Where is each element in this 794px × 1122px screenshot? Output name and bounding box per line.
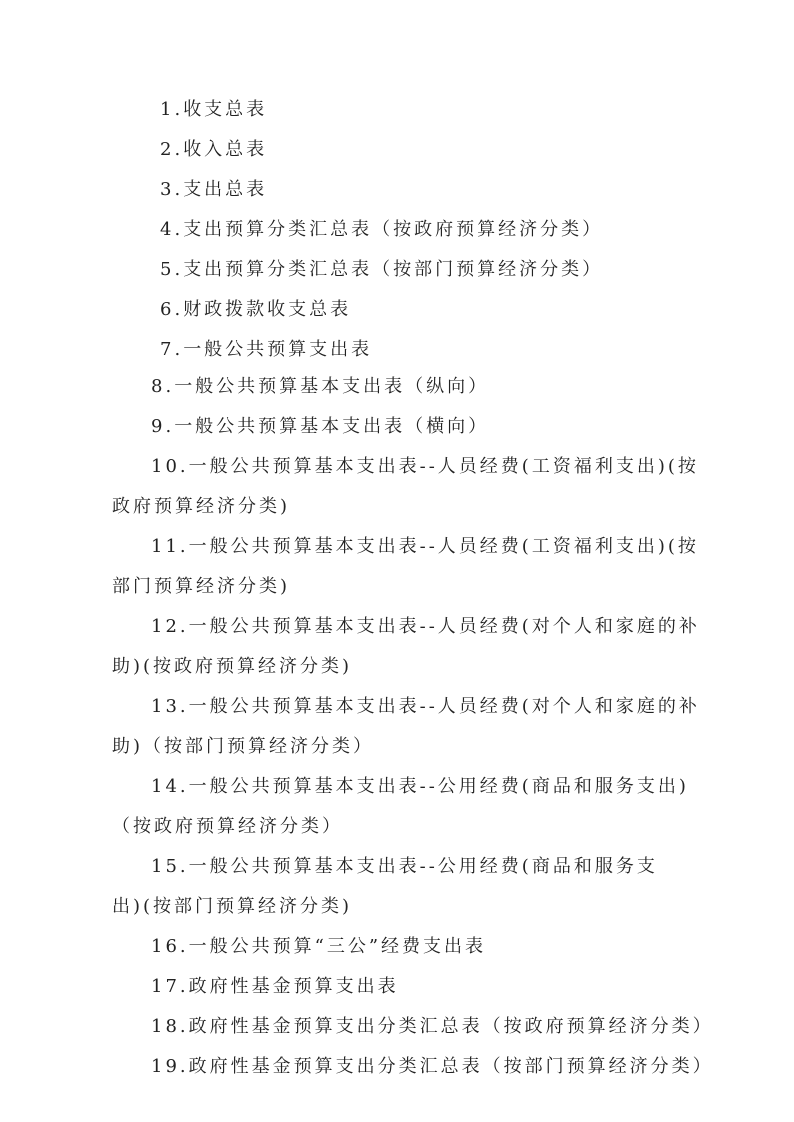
item-text: 一般公共预算基本支出表--人员经费(工资福利支出)(按 bbox=[189, 456, 699, 477]
item-text: 一般公共预算基本支出表--人员经费(对个人和家庭的补 bbox=[189, 696, 700, 717]
item-number: 5. bbox=[160, 259, 183, 280]
item-number: 15. bbox=[151, 856, 189, 877]
item-number: 10. bbox=[151, 456, 189, 477]
list-item: 19.政府性基金预算支出分类汇总表（按部门预算经济分类） bbox=[151, 1055, 714, 1079]
item-number: 8. bbox=[151, 376, 174, 397]
item-number: 19. bbox=[151, 1056, 189, 1077]
item-text: 收支总表 bbox=[183, 99, 267, 120]
list-item-continuation: 助)（按部门预算经济分类） bbox=[112, 735, 374, 759]
item-number: 1. bbox=[160, 99, 183, 120]
list-item-continuation: 部门预算经济分类) bbox=[112, 575, 290, 599]
item-number: 11. bbox=[151, 536, 189, 557]
item-number: 18. bbox=[151, 1016, 189, 1037]
item-number: 17. bbox=[151, 976, 189, 997]
item-text: 支出总表 bbox=[183, 179, 267, 200]
list-item: 12.一般公共预算基本支出表--人员经费(对个人和家庭的补 bbox=[151, 615, 700, 639]
item-text: 支出预算分类汇总表（按部门预算经济分类） bbox=[183, 259, 603, 280]
item-text: 支出预算分类汇总表（按政府预算经济分类） bbox=[183, 219, 603, 240]
item-text: 一般公共预算支出表 bbox=[183, 339, 372, 360]
list-item: 8.一般公共预算基本支出表（纵向） bbox=[151, 375, 489, 399]
item-text: 一般公共预算基本支出表--公用经费(商品和服务支 bbox=[189, 856, 658, 877]
item-number: 12. bbox=[151, 616, 189, 637]
item-text: 政府性基金预算支出分类汇总表（按政府预算经济分类） bbox=[189, 1016, 714, 1037]
item-text: 一般公共预算基本支出表--人员经费(工资福利支出)(按 bbox=[189, 536, 699, 557]
item-text: 一般公共预算基本支出表（横向） bbox=[174, 416, 489, 437]
item-number: 4. bbox=[160, 219, 183, 240]
item-text: 财政拨款收支总表 bbox=[183, 299, 351, 320]
item-text: 政府性基金预算支出表 bbox=[189, 976, 399, 997]
list-item-continuation: 出)(按部门预算经济分类) bbox=[112, 895, 352, 919]
item-number: 7. bbox=[160, 339, 183, 360]
list-item-continuation: （按政府预算经济分类） bbox=[112, 815, 343, 839]
item-text: 政府性基金预算支出分类汇总表（按部门预算经济分类） bbox=[189, 1056, 714, 1077]
item-text: 一般公共预算基本支出表--人员经费(对个人和家庭的补 bbox=[189, 616, 700, 637]
item-number: 14. bbox=[151, 776, 189, 797]
list-item: 3.支出总表 bbox=[160, 178, 267, 202]
item-number: 13. bbox=[151, 696, 189, 717]
item-number: 2. bbox=[160, 139, 183, 160]
list-item-continuation: 政府预算经济分类) bbox=[112, 495, 290, 519]
item-number: 3. bbox=[160, 179, 183, 200]
list-item: 17.政府性基金预算支出表 bbox=[151, 975, 399, 999]
item-text: 一般公共预算基本支出表--公用经费(商品和服务支出) bbox=[189, 776, 689, 797]
list-item-continuation: 助)(按政府预算经济分类) bbox=[112, 655, 352, 679]
item-text: 收入总表 bbox=[183, 139, 267, 160]
item-text: 一般公共预算基本支出表（纵向） bbox=[174, 376, 489, 397]
item-number: 9. bbox=[151, 416, 174, 437]
list-item: 7.一般公共预算支出表 bbox=[160, 338, 372, 362]
item-number: 16. bbox=[151, 936, 189, 957]
list-item: 13.一般公共预算基本支出表--人员经费(对个人和家庭的补 bbox=[151, 695, 700, 719]
list-item: 14.一般公共预算基本支出表--公用经费(商品和服务支出) bbox=[151, 775, 689, 799]
list-item: 16.一般公共预算“三公”经费支出表 bbox=[151, 935, 486, 959]
list-item: 15.一般公共预算基本支出表--公用经费(商品和服务支 bbox=[151, 855, 658, 879]
list-item: 1.收支总表 bbox=[160, 98, 267, 122]
list-item: 18.政府性基金预算支出分类汇总表（按政府预算经济分类） bbox=[151, 1015, 714, 1039]
list-item: 4.支出预算分类汇总表（按政府预算经济分类） bbox=[160, 218, 603, 242]
list-item: 2.收入总表 bbox=[160, 138, 267, 162]
list-item: 11.一般公共预算基本支出表--人员经费(工资福利支出)(按 bbox=[151, 535, 699, 559]
list-item: 10.一般公共预算基本支出表--人员经费(工资福利支出)(按 bbox=[151, 455, 699, 479]
item-text: 一般公共预算“三公”经费支出表 bbox=[189, 936, 486, 957]
list-item: 6.财政拨款收支总表 bbox=[160, 298, 351, 322]
item-number: 6. bbox=[160, 299, 183, 320]
list-item: 5.支出预算分类汇总表（按部门预算经济分类） bbox=[160, 258, 603, 282]
list-item: 9.一般公共预算基本支出表（横向） bbox=[151, 415, 489, 439]
